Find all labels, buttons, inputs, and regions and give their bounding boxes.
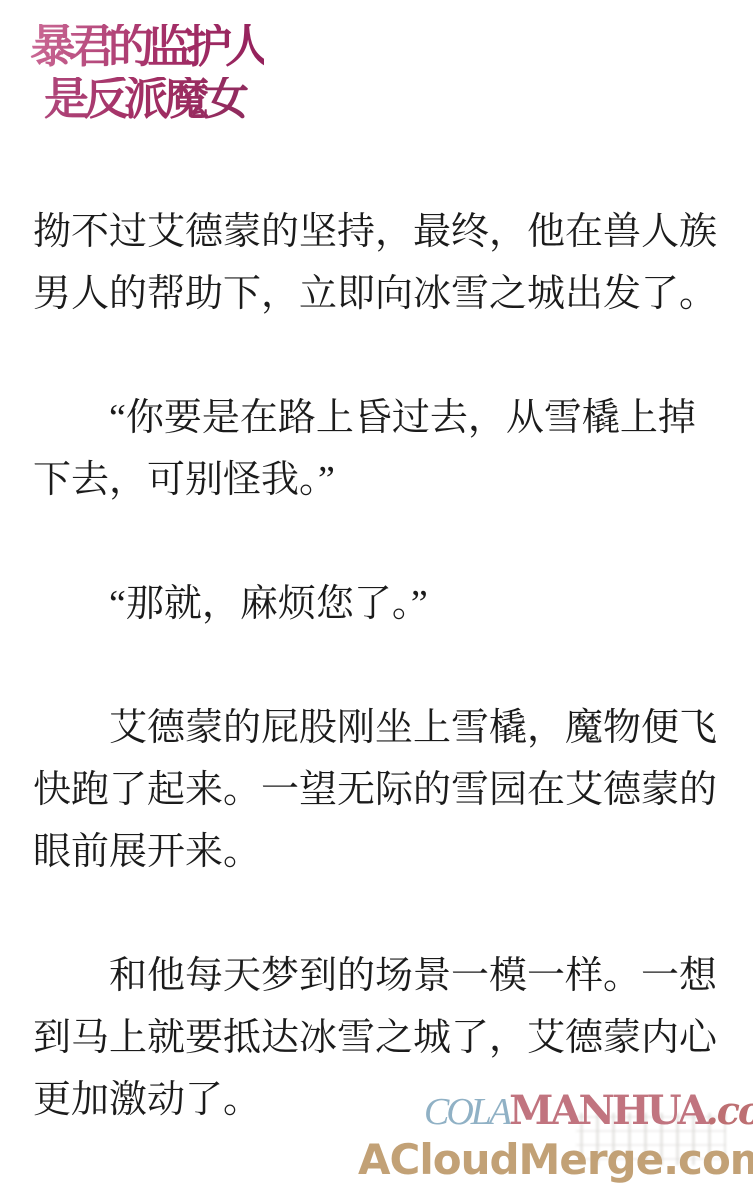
series-logo-line1: 暴君的监护人 <box>30 24 264 70</box>
novel-paragraph: 拗不过艾德蒙的坚持，最终，他在兽人族 男人的帮助下，立即向冰雪之城出发了。 <box>33 201 743 325</box>
novel-paragraph: 艾德蒙的屁股刚坐上雪橇，魔物便飞 快跑了起来。一望无际的雪园在艾德蒙的 眼前展开… <box>33 697 743 883</box>
watermark-cola-text: COLA <box>424 1091 509 1133</box>
watermark-com-text: .com <box>706 1088 753 1133</box>
series-logo-line2: 是反派魔女 <box>44 77 264 122</box>
novel-text-body: 拗不过艾德蒙的坚持，最终，他在兽人族 男人的帮助下，立即向冰雪之城出发了。 “你… <box>33 201 743 1191</box>
novel-reader-page: 暴君的监护人 是反派魔女 拗不过艾德蒙的坚持，最终，他在兽人族 男人的帮助下，立… <box>0 0 753 1191</box>
novel-paragraph-dialogue: “你要是在路上昏过去，从雪橇上掉 下去，可别怪我。” <box>33 387 743 511</box>
novel-paragraph-dialogue: “那就，麻烦您了。” <box>33 573 743 635</box>
watermark-manhua-text: MANHUA <box>509 1087 705 1134</box>
watermark-colamanhua: COLAMANHUA.com <box>424 1091 753 1131</box>
watermark-acloudmerge: ACloudMerge.com <box>358 1139 753 1181</box>
series-logo: 暴君的监护人 是反派魔女 <box>30 24 264 122</box>
